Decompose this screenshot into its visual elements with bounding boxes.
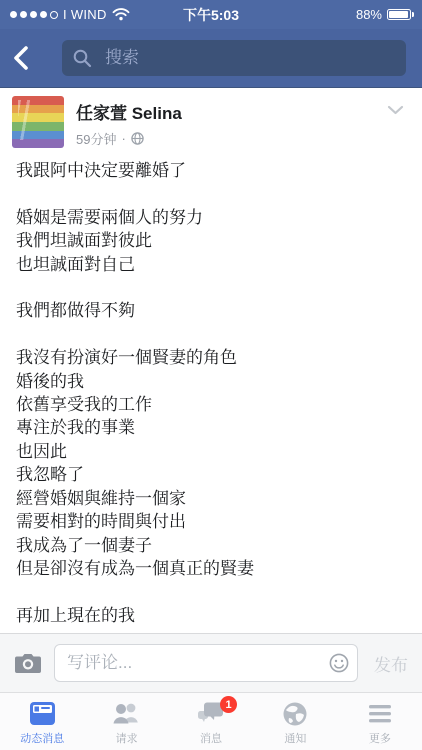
tab-label-messages: 消息	[200, 730, 222, 746]
tab-label-more: 更多	[369, 730, 391, 746]
tab-requests[interactable]: 请求	[84, 693, 168, 750]
post-header-text: 任家萱 Selina 59分钟 ·	[76, 96, 410, 148]
emoji-button[interactable]	[329, 653, 349, 673]
post-meta: 59分钟 ·	[76, 129, 410, 148]
messages-badge: 1	[220, 696, 237, 713]
notifications-globe-icon	[282, 700, 308, 727]
tab-bar: 动态消息 请求 1	[0, 692, 422, 750]
friend-requests-icon	[111, 700, 142, 727]
tab-label-requests: 请求	[116, 730, 138, 746]
tab-news-feed[interactable]: 动态消息	[0, 693, 84, 750]
chevron-down-icon	[387, 105, 404, 115]
search-icon	[72, 48, 93, 69]
tab-notifications[interactable]: 通知	[253, 693, 337, 750]
comment-bar: 发布	[0, 633, 422, 692]
post-header: 任家萱 Selina 59分钟 ·	[0, 88, 422, 148]
messages-icon: 1	[197, 700, 225, 727]
post-timestamp: 59分钟	[76, 129, 116, 148]
post-menu-button[interactable]	[387, 102, 404, 120]
avatar[interactable]	[12, 96, 64, 148]
camera-icon	[14, 652, 42, 674]
tab-label-news-feed: 动态消息	[20, 730, 64, 746]
more-menu-icon	[368, 700, 392, 727]
back-button[interactable]	[12, 43, 38, 73]
publish-button[interactable]: 发布	[370, 651, 408, 676]
chevron-left-icon	[12, 43, 30, 73]
carrier-label: I WIND	[63, 7, 107, 22]
battery-nub	[412, 12, 414, 17]
wifi-icon	[112, 8, 130, 21]
cell-signal-icon	[10, 11, 58, 19]
search-bar[interactable]	[62, 40, 406, 76]
post-text: 我跟阿中決定要離婚了 婚姻是需要兩個人的努力 我們坦誠面對彼此 也坦誠面對自己 …	[0, 148, 422, 627]
tab-messages[interactable]: 1 消息	[169, 693, 253, 750]
tab-label-notifications: 通知	[284, 730, 306, 746]
search-input[interactable]	[103, 47, 396, 69]
post-detail-view: 任家萱 Selina 59分钟 · 我跟阿中決定要離婚了 婚姻是需要兩個人的努力	[0, 88, 422, 633]
post-author-name[interactable]: 任家萱 Selina	[76, 99, 410, 124]
comment-input-wrap	[54, 644, 358, 682]
facebook-app-screen: I WIND 下午5:03 88%	[0, 0, 422, 750]
battery-percent-label: 88%	[356, 7, 382, 22]
comment-input[interactable]	[54, 644, 358, 682]
globe-audience-icon	[131, 132, 144, 145]
camera-button[interactable]	[14, 652, 42, 674]
status-bar-right: 88%	[356, 7, 414, 22]
meta-separator: ·	[121, 131, 125, 146]
nav-bar	[0, 29, 422, 88]
tab-more[interactable]: 更多	[338, 693, 422, 750]
status-bar: I WIND 下午5:03 88%	[0, 0, 422, 29]
battery-icon	[387, 9, 411, 20]
status-bar-left: I WIND	[8, 7, 130, 22]
smiley-icon	[329, 653, 349, 673]
news-feed-icon	[29, 700, 56, 727]
